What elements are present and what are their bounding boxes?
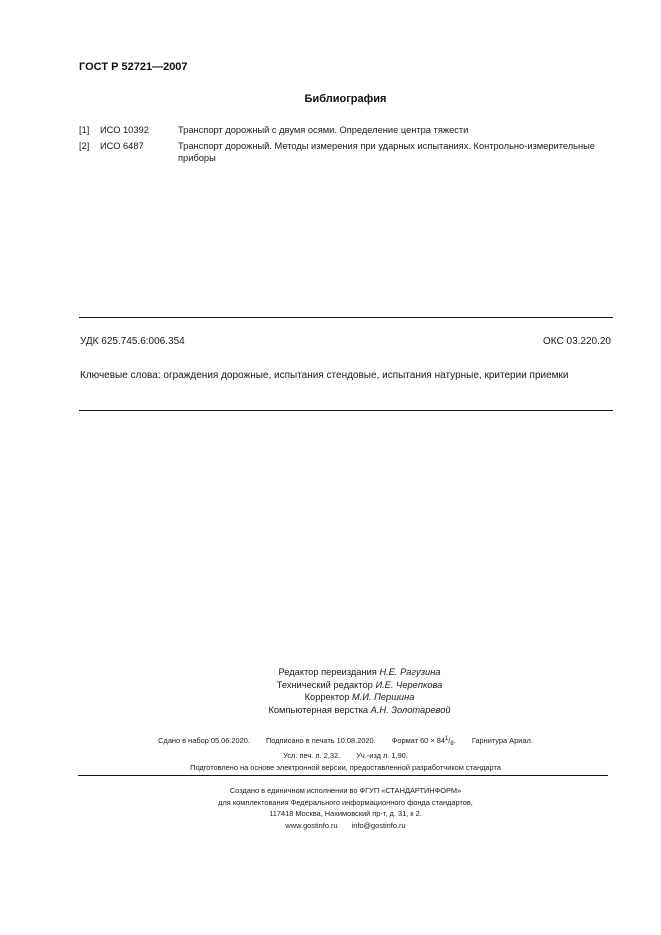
credit-line: Компьютерная верстка А.Н. Золотаревой [58,704,661,717]
publisher-email-link[interactable]: info@gostinfo.ru [352,821,406,830]
credits-block: Редактор переиздания Н.Е. Рагузина Техни… [0,666,661,716]
credit-name: Н.Е. Рагузина [379,667,440,677]
credit-role: Корректор [305,692,350,702]
publisher-block: Создано в единичном исполнении во ФГУП «… [0,785,661,831]
divider-middle [79,410,613,411]
bibliography-item: [1] ИСО 10392 Транспорт дорожный с двумя… [79,124,614,136]
print-info-note: Подготовлено на основе электронной верси… [30,762,661,774]
paper-format: Формат 60 × 841/8. [392,736,456,745]
credit-name: А.Н. Золотаревой [371,705,451,715]
publisher-contacts: www.gostinfo.ru info@gostinfo.ru [30,820,661,832]
credit-line: Корректор М.И. Першина [58,691,661,704]
bibliography-item: [2] ИСО 6487 Транспорт дорожный. Методы … [79,140,614,164]
bibliography-item-number: [2] [79,140,100,164]
bibliography-item-standard: ИСО 10392 [100,124,178,136]
print-info-line-1: Сдано в набор 05.06.2020. Подписано в пе… [30,733,661,750]
print-info: Сдано в набор 05.06.2020. Подписано в пе… [0,733,661,774]
credit-name: М.И. Першина [352,692,414,702]
bibliography-item-title: Транспорт дорожный. Методы измерения при… [178,140,614,164]
credit-line: Редактор переиздания Н.Е. Рагузина [58,666,661,679]
udk-code: УДК 625.745.6:006.354 [80,336,185,347]
credit-line: Технический редактор И.Е. Черепкова [58,679,661,692]
divider-top [79,317,613,318]
publisher-line-2: для комплектования Федерального информац… [30,797,661,809]
bibliography-item-standard: ИСО 6487 [100,140,178,164]
credit-role: Редактор переиздания [278,667,376,677]
publisher-website-link[interactable]: www.gostinfo.ru [285,821,337,830]
oks-code: ОКС 03.220.20 [500,336,611,347]
signed-date: Подписано в печать 10.08.2020. [266,736,376,745]
print-info-line-2: Усл. печ. л. 2,32. Уч.-изд л. 1,90. [30,750,661,762]
divider-bottom [78,775,608,776]
credit-role: Компьютерная верстка [268,705,368,715]
publisher-line-1: Создано в единичном исполнении во ФГУП «… [30,785,661,797]
keywords: Ключевые слова: ограждения дорожные, исп… [80,370,612,382]
credit-role: Технический редактор [277,680,373,690]
edit-sheets: Уч.-изд л. 1,90. [356,751,408,760]
bibliography-item-title: Транспорт дорожный с двумя осями. Опреде… [178,124,614,136]
print-sheets: Усл. печ. л. 2,32. [283,751,340,760]
typeface: Гарнитура Ариал. [472,736,533,745]
typeset-date: Сдано в набор 05.06.2020. [158,736,250,745]
bibliography-item-number: [1] [79,124,100,136]
publisher-address: 117418 Москва, Нахимовский пр-т, д. 31, … [30,808,661,820]
credit-name: И.Е. Черепкова [375,680,442,690]
document-code: ГОСТ Р 52721—2007 [79,61,188,73]
bibliography-title: Библиография [0,93,661,105]
bibliography-list: [1] ИСО 10392 Транспорт дорожный с двумя… [79,124,614,168]
